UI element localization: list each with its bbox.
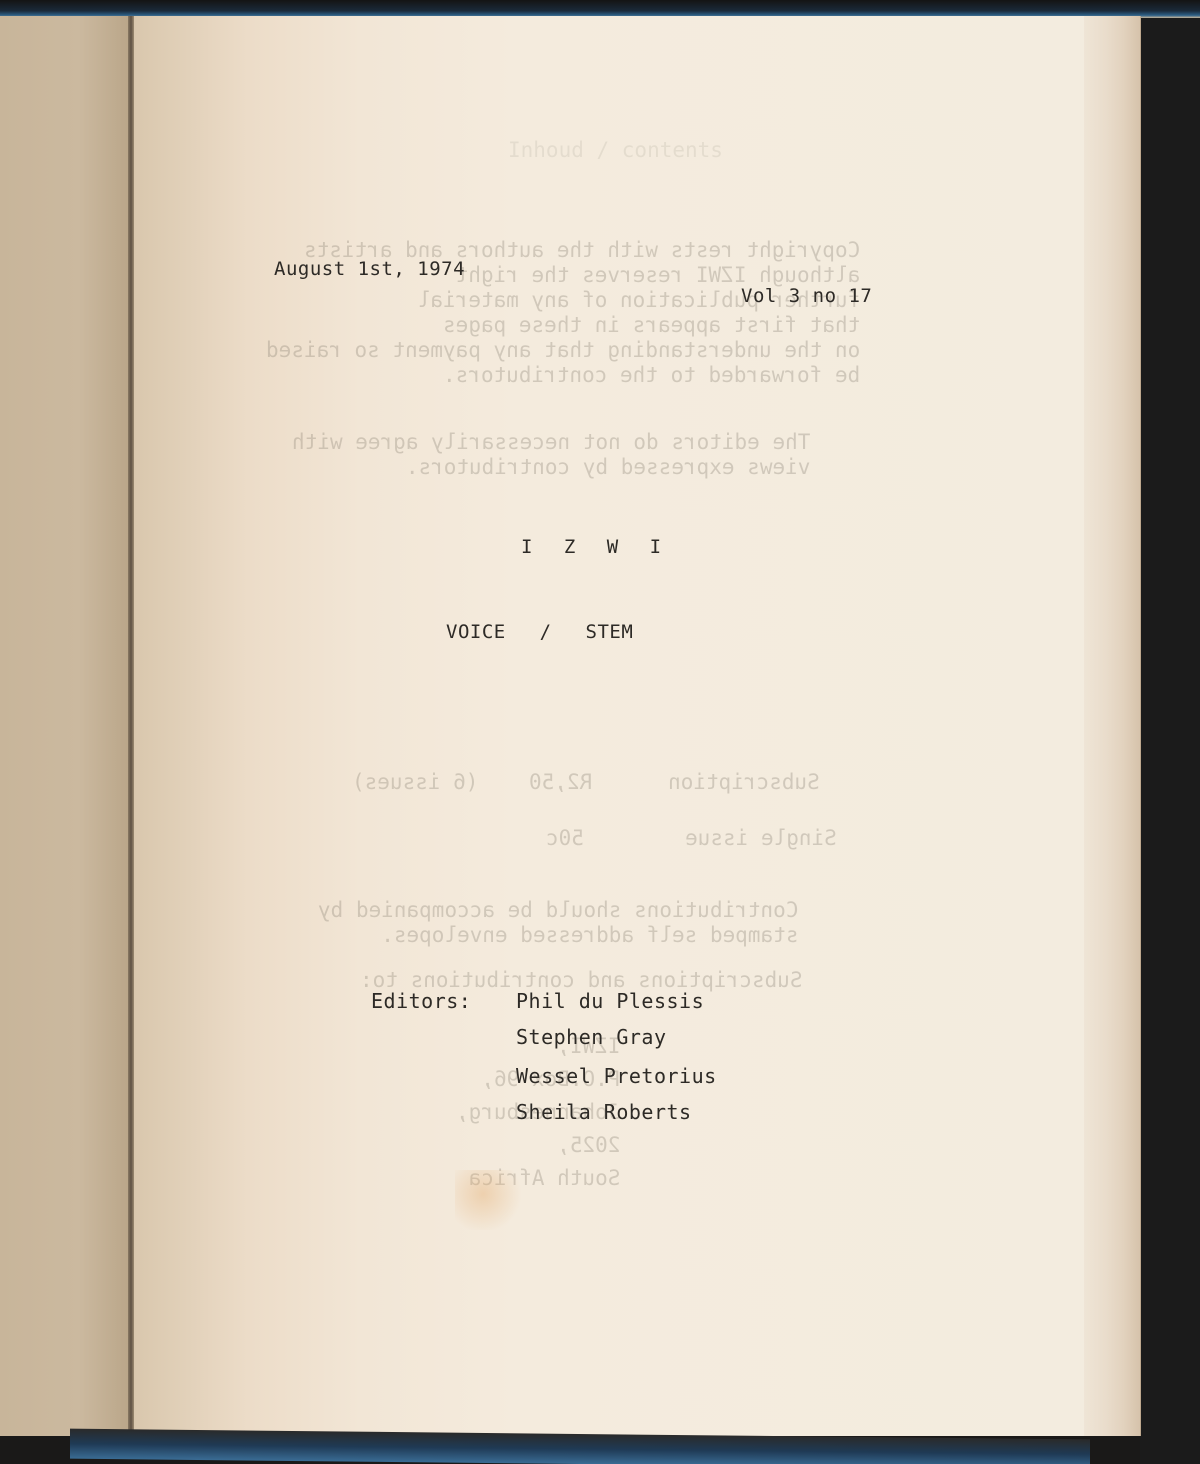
issue-date: August 1st, 1974 [274, 258, 465, 280]
paper-stain [455, 1170, 525, 1230]
volume-issue-number: Vol 3 no 17 [741, 285, 872, 307]
show-through-subscription: Subscription R2,50 (6 issues) [352, 770, 820, 795]
magazine-page [134, 16, 1084, 1436]
editor-name: Wessel Pretorius [516, 1064, 717, 1088]
facing-page-left [0, 16, 132, 1436]
scan-background [1140, 0, 1200, 1464]
page-stack-edge [1084, 16, 1141, 1436]
magazine-title: I Z W I [521, 536, 671, 558]
show-through-disclaimer: The editors do not necessarily agree wit… [292, 430, 810, 480]
show-through-contents-heading: Inhoud / contents [508, 138, 723, 163]
editor-name: Phil du Plessis [516, 989, 704, 1013]
editor-name: Stephen Gray [516, 1025, 667, 1049]
show-through-single-issue: Single issue 50c [546, 826, 837, 851]
editors-label: Editors: [371, 989, 471, 1013]
show-through-contributions: Contributions should be accompanied by s… [318, 898, 798, 948]
magazine-subtitle: VOICE / STEM [446, 621, 633, 643]
editor-name: Sheila Roberts [516, 1100, 692, 1124]
